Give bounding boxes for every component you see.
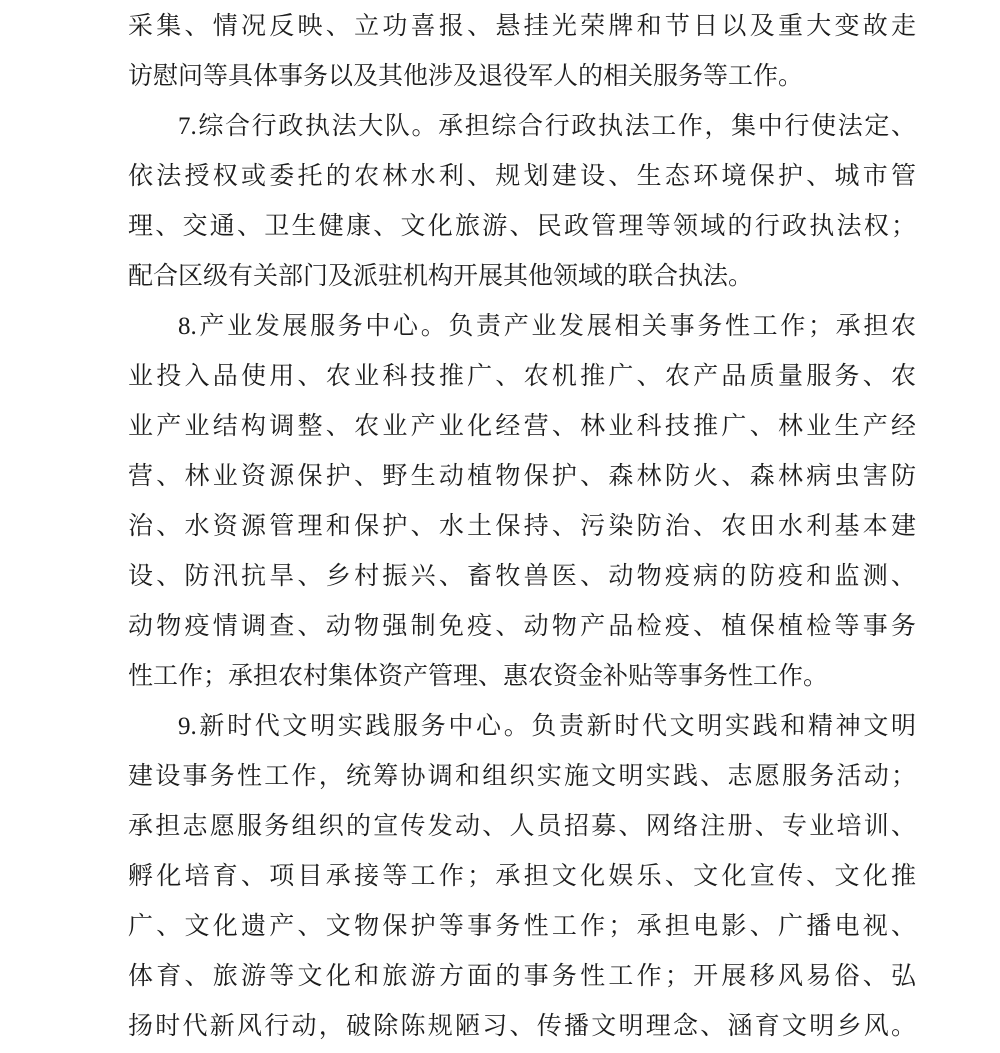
paragraph-3: 8.产业发展服务中心。负责产业发展相关事务性工作；承担农业投入品使用、农业科技推… — [128, 302, 916, 702]
document-text: 采集、情况反映、立功喜报、悬挂光荣牌和节日以及重大变故走访慰问等具体事务以及其他… — [128, 2, 916, 1052]
text-line: 孵化培育、项目承接等工作；承担文化娱乐、文化宣传、文化推 — [128, 852, 916, 902]
text-line: 业产业结构调整、农业产业化经营、林业科技推广、林业生产经 — [128, 402, 916, 452]
text-line: 理、交通、卫生健康、文化旅游、民政管理等领域的行政执法权； — [128, 202, 916, 252]
text-line: 动物疫情调查、动物强制免疫、动物产品检疫、植保植检等事务 — [128, 602, 916, 652]
text-line: 配合区级有关部门及派驻机构开展其他领域的联合执法。 — [128, 252, 916, 302]
text-line: 治、水资源管理和保护、水土保持、污染防治、农田水利基本建 — [128, 502, 916, 552]
document-page: 采集、情况反映、立功喜报、悬挂光荣牌和节日以及重大变故走访慰问等具体事务以及其他… — [0, 0, 1000, 1053]
text-line: 访慰问等具体事务以及其他涉及退役军人的相关服务等工作。 — [128, 52, 916, 102]
text-line: 业投入品使用、农业科技推广、农机推广、农产品质量服务、农 — [128, 352, 916, 402]
text-line: 采集、情况反映、立功喜报、悬挂光荣牌和节日以及重大变故走 — [128, 2, 916, 52]
paragraph-4: 9.新时代文明实践服务中心。负责新时代文明实践和精神文明建设事务性工作，统筹协调… — [128, 702, 916, 1052]
text-line: 广、文化遗产、文物保护等事务性工作；承担电影、广播电视、 — [128, 902, 916, 952]
text-line: 性工作；承担农村集体资产管理、惠农资金补贴等事务性工作。 — [128, 652, 916, 702]
text-line: 营、林业资源保护、野生动植物保护、森林防火、森林病虫害防 — [128, 452, 916, 502]
text-line: 建设事务性工作，统筹协调和组织实施文明实践、志愿服务活动； — [128, 752, 916, 802]
text-line: 7.综合行政执法大队。承担综合行政执法工作，集中行使法定、 — [128, 102, 916, 152]
text-line: 体育、旅游等文化和旅游方面的事务性工作；开展移风易俗、弘 — [128, 952, 916, 1002]
text-line: 9.新时代文明实践服务中心。负责新时代文明实践和精神文明 — [128, 702, 916, 752]
paragraph-1: 采集、情况反映、立功喜报、悬挂光荣牌和节日以及重大变故走访慰问等具体事务以及其他… — [128, 2, 916, 102]
text-line: 设、防汛抗旱、乡村振兴、畜牧兽医、动物疫病的防疫和监测、 — [128, 552, 916, 602]
text-line: 承担志愿服务组织的宣传发动、人员招募、网络注册、专业培训、 — [128, 802, 916, 852]
text-line: 8.产业发展服务中心。负责产业发展相关事务性工作；承担农 — [128, 302, 916, 352]
paragraph-2: 7.综合行政执法大队。承担综合行政执法工作，集中行使法定、依法授权或委托的农林水… — [128, 102, 916, 302]
text-line: 扬时代新风行动，破除陈规陋习、传播文明理念、涵育文明乡风。 — [128, 1002, 916, 1052]
text-line: 依法授权或委托的农林水利、规划建设、生态环境保护、城市管 — [128, 152, 916, 202]
